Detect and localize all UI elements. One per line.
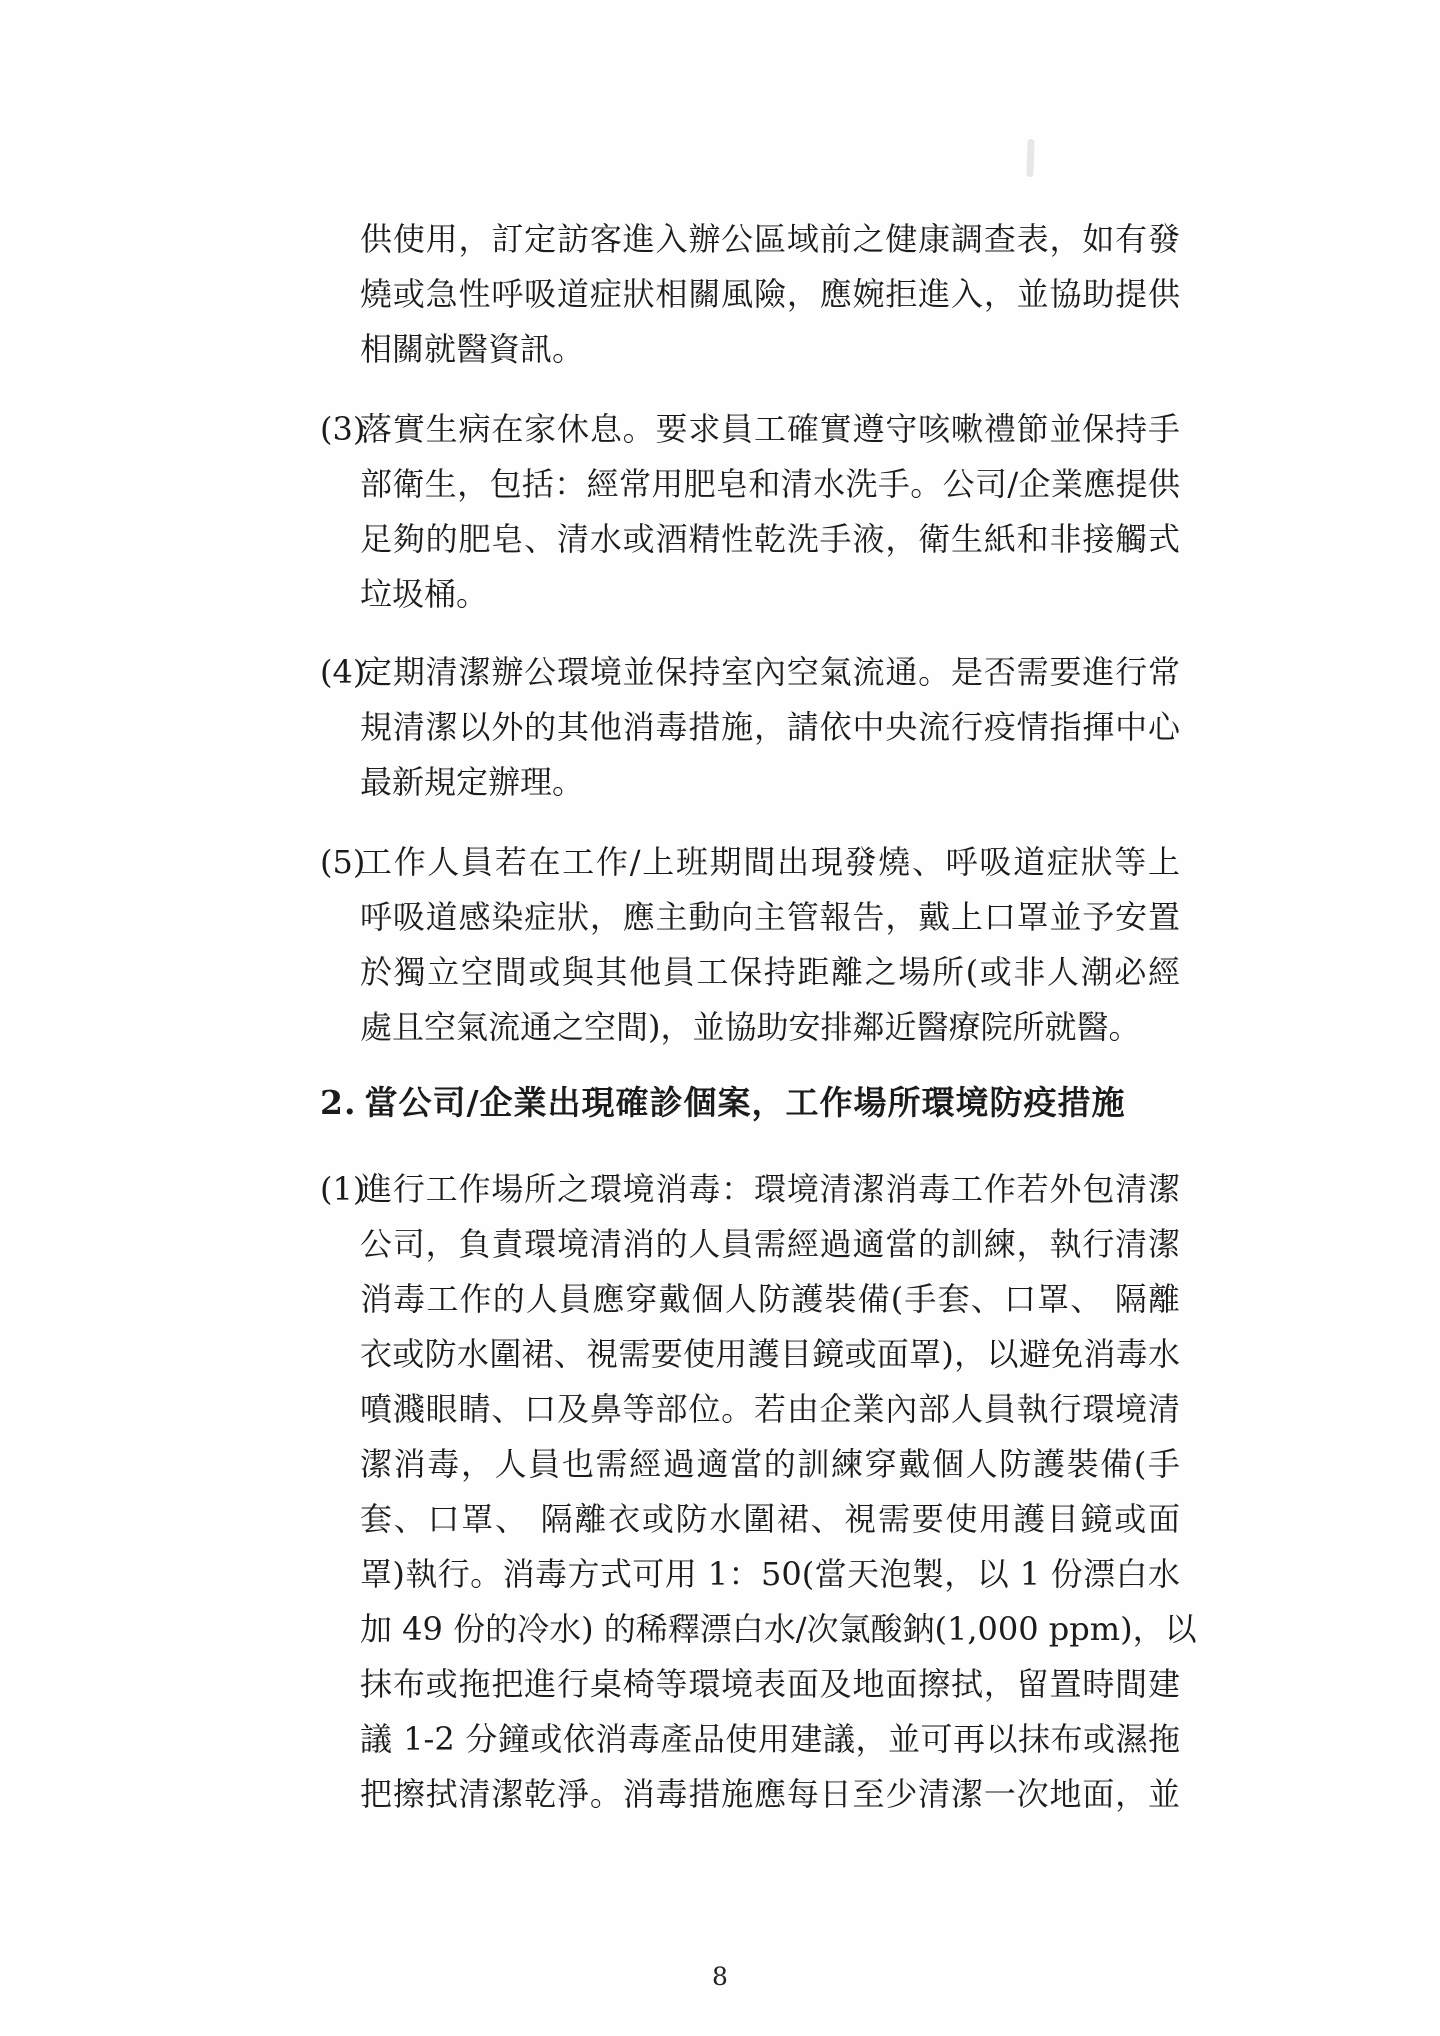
text-line: 落實生病在家休息。要求員工確實遵守咳嗽禮節並保持手 [360, 402, 1180, 457]
document-page: 供使用，訂定訪客進入辦公區域前之健康調查表，如有發 燒或急性呼吸道症狀相關風險，… [0, 0, 1440, 2036]
item-number: (3) [320, 402, 360, 457]
text-line: 套、口罩、 隔離衣或防水圍裙、視需要使用護目鏡或面 [360, 1492, 1180, 1547]
text-line: 公司，負責環境清消的人員需經過適當的訓練，執行清潔 [360, 1217, 1180, 1272]
text-line: 衣或防水圍裙、視需要使用護目鏡或面罩)，以避免消毒水 [360, 1327, 1180, 1382]
list-item-4: (4) 定期清潔辦公環境並保持室內空氣流通。是否需要進行常 規清潔以外的其他消毒… [360, 645, 1180, 810]
text-line: 抹布或拖把進行桌椅等環境表面及地面擦拭，留置時間建 [360, 1657, 1180, 1712]
text-line: 加 49 份的冷水) 的稀釋漂白水/次氯酸鈉(1,000 ppm)，以 [360, 1602, 1180, 1657]
text-line: 潔消毒，人員也需經過適當的訓練穿戴個人防護裝備(手 [360, 1437, 1180, 1492]
text-line: 部衛生，包括：經常用肥皂和清水洗手。公司/企業應提供 [360, 457, 1180, 512]
section-heading-number: 2. [320, 1083, 356, 1122]
list-item-3: (3) 落實生病在家休息。要求員工確實遵守咳嗽禮節並保持手 部衛生，包括：經常用… [360, 402, 1180, 622]
text-line: 罩)執行。消毒方式可用 1：50(當天泡製，以 1 份漂白水 [360, 1547, 1180, 1602]
list-item-1: (1) 進行工作場所之環境消毒：環境清潔消毒工作若外包清潔 公司，負責環境清消的… [360, 1162, 1180, 1822]
text-line: 噴濺眼睛、口及鼻等部位。若由企業內部人員執行環境清 [360, 1382, 1180, 1437]
list-item-5: (5) 工作人員若在工作/上班期間出現發燒、呼吸道症狀等上 呼吸道感染症狀，應主… [360, 835, 1180, 1055]
text-line: 相關就醫資訊。 [360, 322, 1180, 377]
item-number: (1) [320, 1162, 360, 1217]
text-line: 垃圾桶。 [360, 567, 1180, 622]
text-line: 定期清潔辦公環境並保持室內空氣流通。是否需要進行常 [360, 645, 1180, 700]
item-number: (4) [320, 645, 360, 700]
text-line: 處且空氣流通之空間)，並協助安排鄰近醫療院所就醫。 [360, 1000, 1180, 1055]
document-body: 供使用，訂定訪客進入辦公區域前之健康調查表，如有發 燒或急性呼吸道症狀相關風險，… [360, 212, 1180, 1822]
text-line: 規清潔以外的其他消毒措施，請依中央流行疫情指揮中心 [360, 700, 1180, 755]
section-heading-text: 當公司/企業出現確診個案，工作場所環境防疫措施 [364, 1083, 1125, 1122]
item-number: (5) [320, 835, 360, 890]
text-line: 呼吸道感染症狀，應主動向主管報告，戴上口罩並予安置 [360, 890, 1180, 945]
scan-artifact [1026, 139, 1034, 177]
text-line: 最新規定辦理。 [360, 755, 1180, 810]
text-line: 供使用，訂定訪客進入辦公區域前之健康調查表，如有發 [360, 212, 1180, 267]
page-number: 8 [0, 1962, 1440, 1991]
text-line: 工作人員若在工作/上班期間出現發燒、呼吸道症狀等上 [360, 835, 1180, 890]
text-line: 進行工作場所之環境消毒：環境清潔消毒工作若外包清潔 [360, 1162, 1180, 1217]
text-line: 把擦拭清潔乾淨。消毒措施應每日至少清潔一次地面，並 [360, 1767, 1180, 1822]
text-line: 足夠的肥皂、清水或酒精性乾洗手液，衛生紙和非接觸式 [360, 512, 1180, 567]
text-line: 消毒工作的人員應穿戴個人防護裝備(手套、口罩、 隔離 [360, 1272, 1180, 1327]
text-line: 議 1-2 分鐘或依消毒產品使用建議，並可再以抹布或濕拖 [360, 1712, 1180, 1767]
text-line: 於獨立空間或與其他員工保持距離之場所(或非人潮必經 [360, 945, 1180, 1000]
section-heading: 2.當公司/企業出現確診個案，工作場所環境防疫措施 [320, 1075, 1140, 1130]
intro-paragraph: 供使用，訂定訪客進入辦公區域前之健康調查表，如有發 燒或急性呼吸道症狀相關風險，… [360, 212, 1180, 377]
text-line: 燒或急性呼吸道症狀相關風險，應婉拒進入，並協助提供 [360, 267, 1180, 322]
